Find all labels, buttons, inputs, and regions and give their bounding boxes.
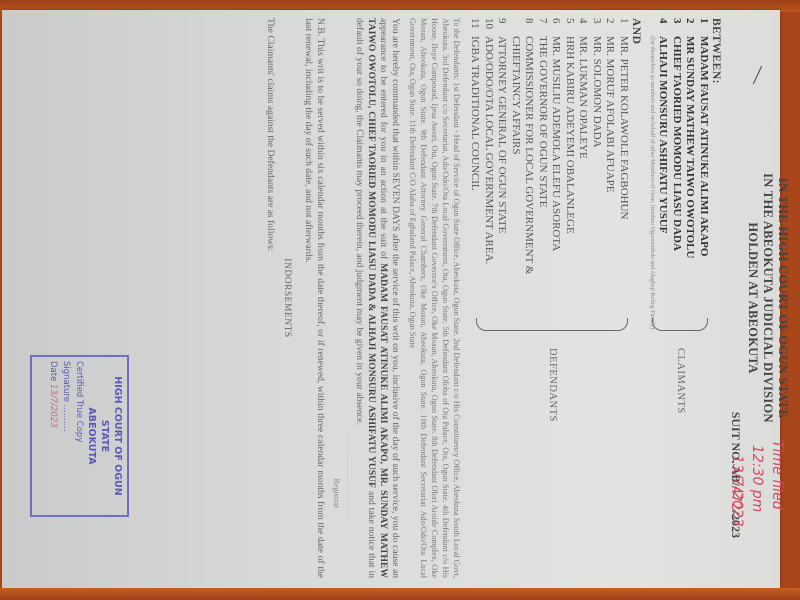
claimant-name: MR SUNDAY MATHEW TAIWO OWOTOLU — [683, 36, 697, 258]
annotation-line: 12:30 pm — [749, 445, 765, 512]
stamp-date-value: 13/7/2023 — [48, 384, 58, 428]
stamp-certified: Certified True Copy — [72, 361, 85, 511]
annotation-line: 13/7/2023 — [729, 455, 745, 527]
time-filed-annotation: Time filed — [769, 440, 785, 510]
defendant-row: 7THE GOVERNOR OF OGUN STATE — [536, 18, 550, 578]
defendant-name: COMMISSIONER FOR LOCAL GOVERNMENT & CHIE… — [509, 36, 536, 296]
claimant-number: 1 — [697, 18, 711, 36]
claimant-row: 1MADAM FAUSAT ATINUKE ALIMI AKAPO — [697, 18, 711, 578]
command-paragraph: You are hereby commanded that within SEV… — [353, 18, 401, 578]
defendant-name: MR. PETER KOLAWOLE FAGBOHUN — [617, 36, 631, 219]
defendant-name: THE GOVERNOR OF OGUN STATE — [536, 36, 550, 207]
claimant-number: 3 — [670, 18, 684, 36]
claimant-name: MADAM FAUSAT ATINUKE ALIMI AKAPO — [697, 36, 711, 256]
time-filed-annotation-date: 13/7/2023 — [729, 455, 745, 527]
stamp-title: HIGH COURT OF OGUN STATE — [98, 361, 124, 511]
claimants-note: (for themselves as members and on behalf… — [648, 36, 656, 578]
claimant-row: 4ALHAJI MONSURU ASHIFATU YUSUF — [656, 18, 670, 578]
stamp-signature-label: Signature — [61, 361, 71, 402]
stamp-signature: Signature .......... — [59, 361, 72, 511]
defendant-row: 2MR. MORUF AFOLABI AFUAPE — [603, 18, 617, 578]
stamp-subtitle: ABEOKUTA — [85, 361, 98, 511]
defendant-row: 3MR. SOLOMON DADA — [590, 18, 604, 578]
claimant-number: 4 — [656, 18, 670, 36]
defendant-number: 1 — [617, 18, 631, 36]
claimants-brace — [652, 318, 708, 331]
defendant-row: 11IGBA TRADITIONAL COUNCIL — [468, 18, 482, 578]
stamp-date: Date 13/7/2023 — [46, 361, 59, 511]
defendant-row: 1MR. PETER KOLAWOLE FAGBOHUN — [617, 18, 631, 578]
claimant-name: ALHAJI MONSURU ASHIFATU YUSUF — [656, 36, 670, 234]
defendants-label: DEFENDANTS — [547, 348, 558, 422]
defendants-block: AND 1MR. PETER KOLAWOLE FAGBOHUN 2MR. MO… — [468, 18, 642, 578]
court-stamp: HIGH COURT OF OGUN STATE ABEOKUTA Certif… — [30, 355, 129, 517]
endorsements-heading: INDORSEMENTS — [282, 18, 292, 578]
time-filed-annotation-time: 12:30 pm — [749, 445, 765, 512]
defendants-brace — [476, 318, 628, 331]
annotation-line: Time filed — [769, 440, 785, 510]
nb-paragraph: N.B. This writ is to be served within si… — [302, 18, 326, 578]
defendant-row: 10ADO/ODO/OTA LOCAL GOVERNMENT AREA. — [482, 18, 496, 578]
signature-line: .............................. — [345, 18, 353, 518]
claims-intro: The Claimants' claims against the Defend… — [264, 18, 276, 578]
registrar-label: Registrar — [332, 18, 341, 508]
claimant-row: 2MR SUNDAY MATHEW TAIWO OWOTOLU — [683, 18, 697, 578]
defendant-row: 5HRH KABIRU ADEYEMI OBALANLEGE — [563, 18, 577, 578]
defendant-row: 4MR. LUKMAN OPALEYE — [576, 18, 590, 578]
defendant-number: 7 — [536, 18, 550, 36]
writ-of-summons: IN THE HIGH COURT OF OGUN STATE IN THE A… — [30, 18, 790, 578]
defendant-row: 8COMMISSIONER FOR LOCAL GOVERNMENT & CHI… — [509, 18, 536, 578]
and-label: AND — [630, 18, 642, 578]
defendant-name: ATTORNEY GENERAL OF OGUN STATE — [495, 36, 509, 233]
claimant-number: 2 — [683, 18, 697, 36]
claimant-row: 3CHIEF TAORIED MOMODU LIASU DADA — [670, 18, 684, 578]
defendants-addresses: To the Defendants: 1st Defendant - Head … — [407, 18, 462, 578]
defendant-row: 6MR. MUSILIU ADEMOLA ELEFU ASOROTA — [549, 18, 563, 578]
defendant-number: 4 — [576, 18, 590, 36]
defendant-name: MR. LUKMAN OPALEYE — [576, 36, 590, 159]
defendant-number: 6 — [549, 18, 563, 36]
defendant-name: MR. SOLOMON DADA — [590, 36, 604, 148]
defendant-name: MR. MUSILIU ADEMOLA ELEFU ASOROTA — [549, 36, 563, 251]
between-label: BETWEEN: — [710, 18, 722, 578]
defendant-number: 11 — [468, 18, 482, 36]
defendant-number: 5 — [563, 18, 577, 36]
defendant-number: 10 — [482, 18, 496, 36]
defendant-name: MR. MORUF AFOLABI AFUAPE — [603, 36, 617, 192]
defendant-number: 2 — [603, 18, 617, 36]
defendant-name: HRH KABIRU ADEYEMI OBALANLEGE — [563, 36, 577, 234]
claimants-block: BETWEEN: 1MADAM FAUSAT ATINUKE ALIMI AKA… — [648, 18, 722, 578]
defendant-row: 9ATTORNEY GENERAL OF OGUN STATE — [495, 18, 509, 578]
stamp-content: HIGH COURT OF OGUN STATE ABEOKUTA Certif… — [32, 357, 126, 515]
defendant-name: ADO/ODO/OTA LOCAL GOVERNMENT AREA. — [482, 36, 496, 264]
stamp-date-label: Date — [48, 361, 58, 381]
claimant-name: CHIEF TAORIED MOMODU LIASU DADA — [670, 36, 684, 251]
table-surface-bottom — [0, 588, 800, 600]
claimants-label: CLAIMANTS — [675, 348, 686, 414]
defendant-number: 3 — [590, 18, 604, 36]
defendant-number: 9 — [495, 18, 509, 36]
defendant-number: 8 — [509, 18, 536, 36]
defendant-name: IGBA TRADITIONAL COUNCIL — [468, 36, 482, 191]
stamp-certified-label: Certified True Copy — [74, 361, 84, 442]
